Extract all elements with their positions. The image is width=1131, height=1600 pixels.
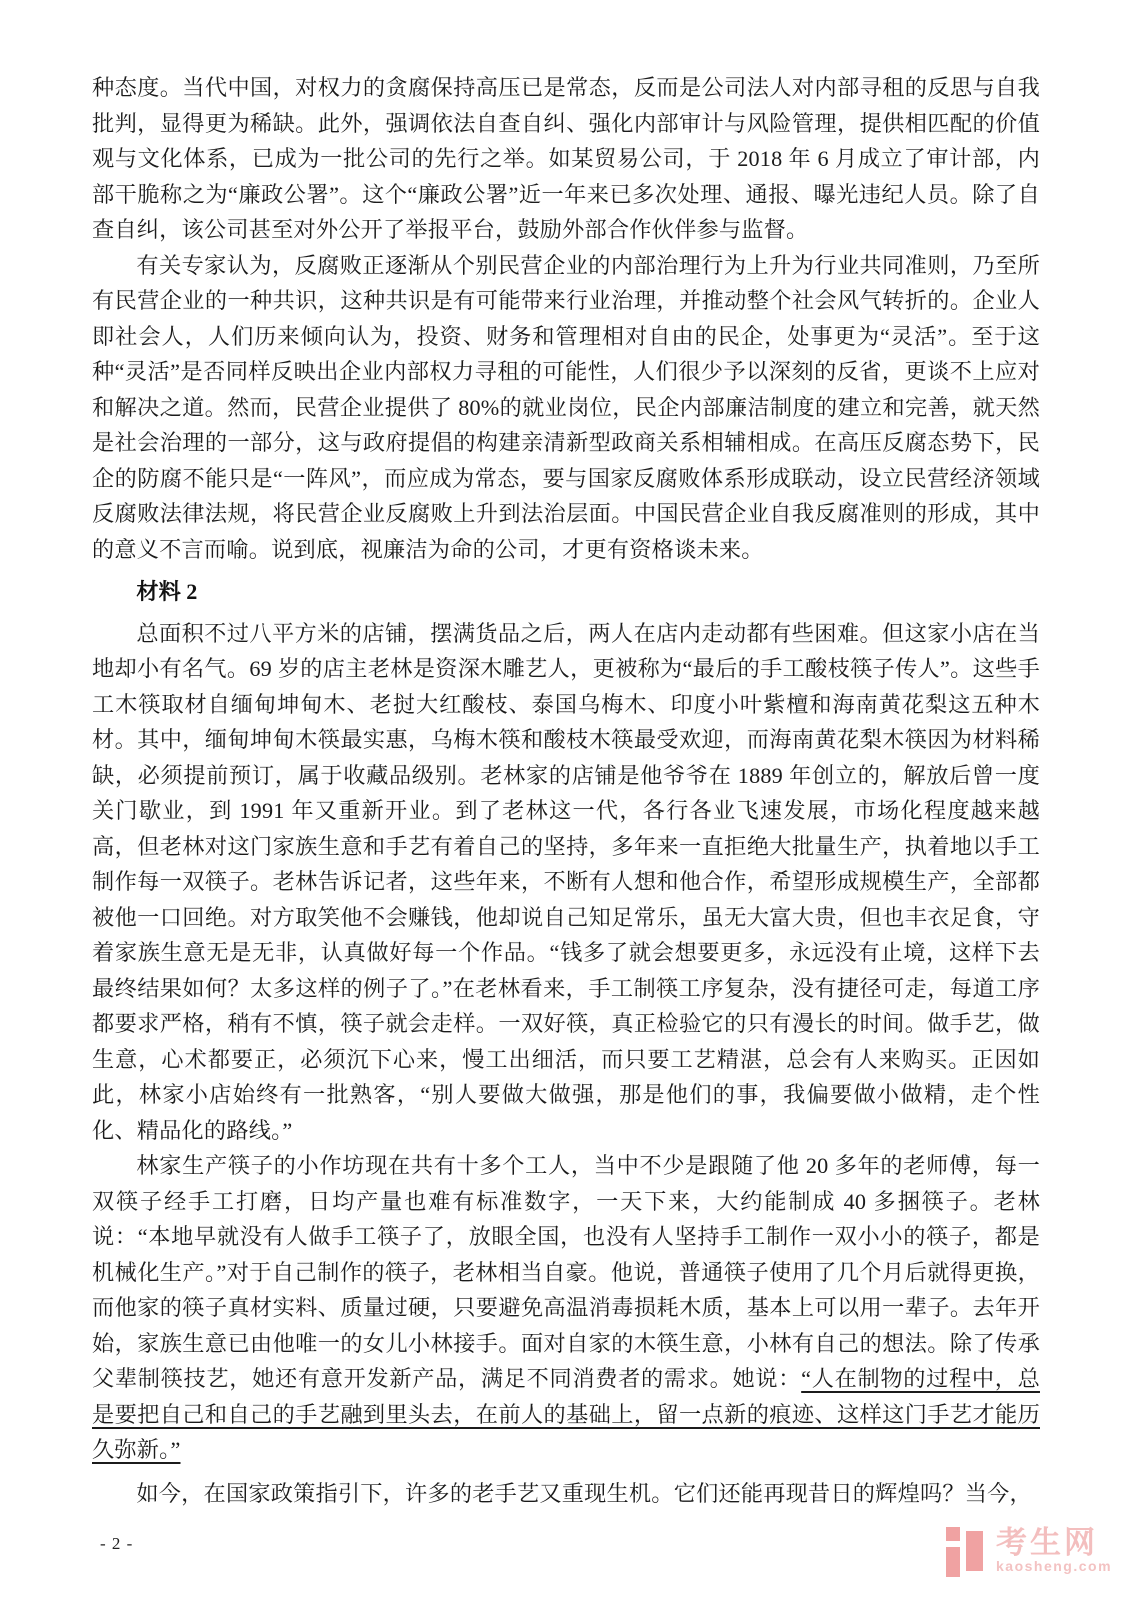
material-2-heading: 材料 2 bbox=[92, 574, 1040, 610]
document-body: 种态度。当代中国，对权力的贪腐保持高压已是常态，反而是公司法人对内部寻租的反思与… bbox=[92, 70, 1040, 1511]
kaosheng-logo-icon bbox=[946, 1527, 983, 1579]
paragraph-anticorruption-continuation: 种态度。当代中国，对权力的贪腐保持高压已是常态，反而是公司法人对内部寻租的反思与… bbox=[92, 70, 1040, 248]
paragraph-closing: 如今，在国家政策指引下，许多的老手艺又重现生机。它们还能再现昔日的辉煌吗？当今， bbox=[92, 1476, 1040, 1512]
paragraph-workshop-text: 林家生产筷子的小作坊现在共有十多个工人，当中不少是跟随了他 20 多年的老师傅，… bbox=[92, 1153, 1040, 1391]
watermark-domain-text: kaosheng.com bbox=[996, 1559, 1112, 1574]
footer-page-number: - 2 - bbox=[100, 1534, 133, 1554]
paragraph-chopstick-shop: 总面积不过八平方米的店铺，摆满货品之后，两人在店内走动都有些困难。但这家小店在当… bbox=[92, 616, 1040, 1149]
document-page: 种态度。当代中国，对权力的贪腐保持高压已是常态，反而是公司法人对内部寻租的反思与… bbox=[0, 0, 1131, 1600]
paragraph-expert-view: 有关专家认为，反腐败正逐渐从个别民营企业的内部治理行为上升为行业共同准则，乃至所… bbox=[92, 248, 1040, 568]
watermark-text-block: 考生网 kaosheng.com bbox=[996, 1527, 1112, 1574]
paragraph-workshop: 林家生产筷子的小作坊现在共有十多个工人，当中不少是跟随了他 20 多年的老师傅，… bbox=[92, 1148, 1040, 1468]
kaosheng-watermark: 考生网 kaosheng.com bbox=[946, 1527, 1112, 1579]
watermark-brand-text: 考生网 bbox=[996, 1527, 1112, 1559]
